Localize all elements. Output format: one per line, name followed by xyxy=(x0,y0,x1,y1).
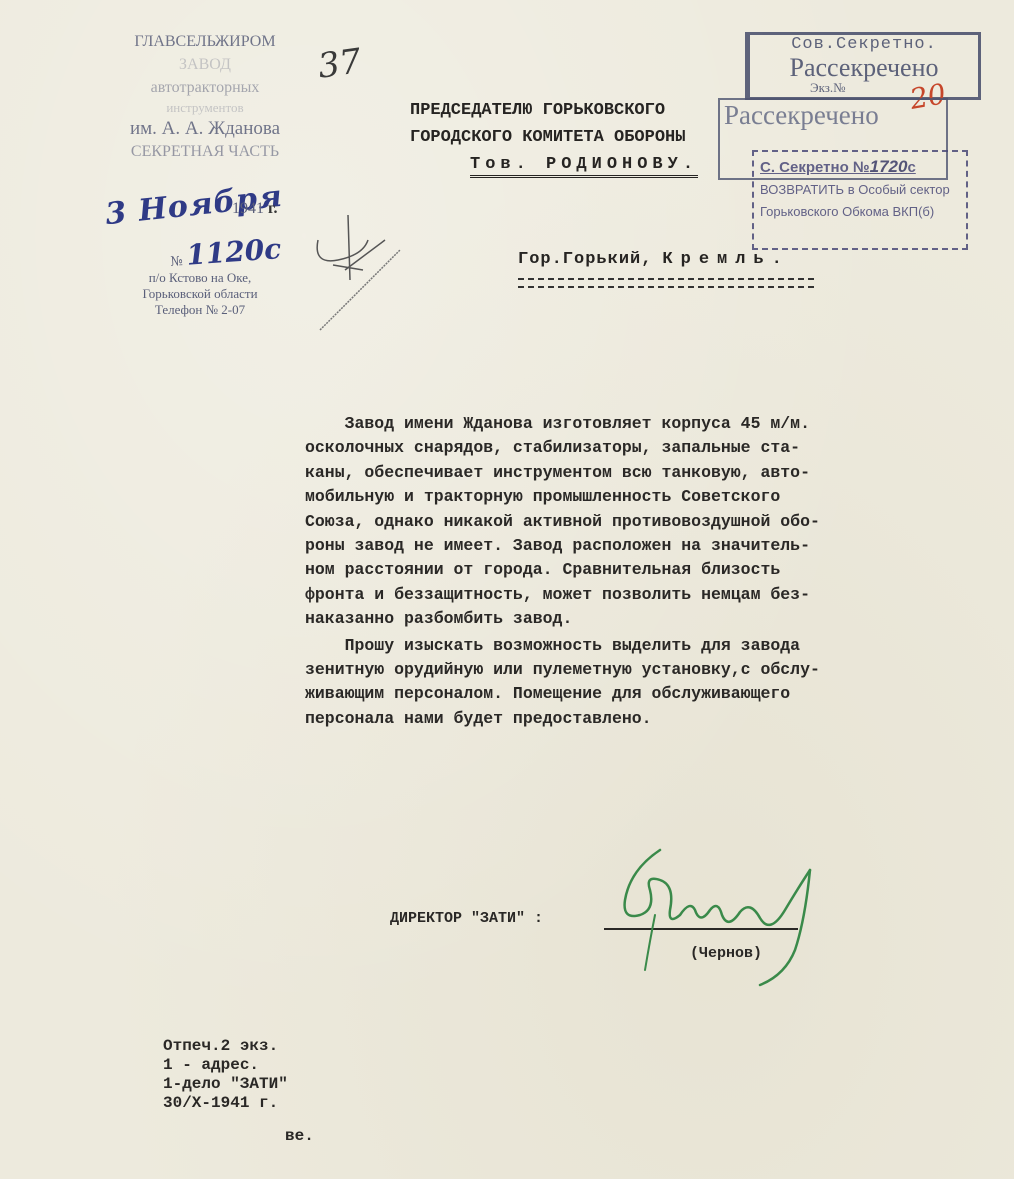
number-value: 1120с xyxy=(185,232,282,272)
double-underline xyxy=(518,278,814,288)
place-name: Кремль. xyxy=(662,250,789,269)
declassified-label: Рассекречено xyxy=(750,55,978,81)
signatory-title: ДИРЕКТОР "ЗАТИ" : xyxy=(390,910,543,927)
document-page: ГЛАВСЕЛЬЖИРОМ ЗАВОД автотракторных инстр… xyxy=(0,0,1014,1179)
addressee-line: ГОРОДСКОГО КОМИТЕТА ОБОРОНЫ xyxy=(410,124,698,151)
body-line: Прошу изыскать возможность выделить для … xyxy=(305,634,945,658)
footer-line: 30/X-1941 г. xyxy=(163,1094,314,1113)
return-stamp-number: 1720 xyxy=(870,157,908,176)
letterhead-line: автотракторных xyxy=(95,76,315,99)
footer-line: 1-дело "ЗАТИ" xyxy=(163,1075,314,1094)
body-line: Союза, однако никакой активной противово… xyxy=(305,510,945,534)
letterhead-line: им. А. А. Жданова xyxy=(95,117,315,140)
addressee-location: Гор.Горький,Кремль. xyxy=(518,250,790,269)
year-suffix: г. xyxy=(268,200,277,217)
body-line: живающим персоналом. Помещение для обслу… xyxy=(305,682,945,706)
letterhead-address: п/о Кстово на Оке, Горьковской области Т… xyxy=(105,270,295,318)
signatory-name: (Чернов) xyxy=(690,945,762,962)
letter-body: Завод имени Жданова изготовляет корпуса … xyxy=(305,412,945,731)
body-line: осколочных снарядов, стабилизаторы, запа… xyxy=(305,436,945,460)
body-line: персонала нами будет предоставлено. xyxy=(305,707,945,731)
body-line: зенитную орудийную или пулеметную устано… xyxy=(305,658,945,682)
body-line: каны, обеспечивает инструментом всю танк… xyxy=(305,461,945,485)
letterhead-stamp: ГЛАВСЕЛЬЖИРОМ ЗАВОД автотракторных инстр… xyxy=(95,30,315,163)
year-value: 1941 xyxy=(232,200,264,217)
return-stamp-secret-label: С. Секретно № xyxy=(760,159,870,176)
declassified-stamp-label: Рассекречено xyxy=(724,100,879,130)
addressee-line: ПРЕДСЕДАТЕЛЮ ГОРЬКОВСКОГО xyxy=(410,97,698,124)
typist-notes: Отпеч.2 экз. 1 - адрес. 1-дело "ЗАТИ" 30… xyxy=(163,1037,314,1146)
city-name: Гор.Горький, xyxy=(518,250,652,269)
printed-year: 1941г. xyxy=(232,200,277,218)
letterhead-line: инструментов xyxy=(95,99,315,117)
handwritten-outgoing-number: №1120с xyxy=(169,232,282,273)
letterhead-line: ЗАВОД xyxy=(95,53,315,76)
pencil-number: 37 xyxy=(315,41,363,87)
address-line: Телефон № 2-07 xyxy=(105,302,295,318)
return-stamp: С. Секретно №1720с ВОЗВРАТИТЬ в Особый с… xyxy=(752,150,968,250)
secrecy-label: Сов.Секретно. xyxy=(750,35,978,55)
addressee-name: Тов. РОДИОНОВУ. xyxy=(470,155,698,178)
return-stamp-number-line: С. Секретно №1720с xyxy=(760,156,960,179)
body-line: фронта и беззащитность, может позволить … xyxy=(305,583,945,607)
handwritten-signature-icon xyxy=(600,840,840,990)
address-line: Горьковской области xyxy=(105,286,295,302)
footer-line: 1 - адрес. xyxy=(163,1056,314,1075)
letterhead-line: ГЛАВСЕЛЬЖИРОМ xyxy=(95,30,315,53)
address-line: п/о Кстово на Оке, xyxy=(105,270,295,286)
body-line: ном расстоянии от города. Сравнительная … xyxy=(305,558,945,582)
footer-line: Отпеч.2 экз. xyxy=(163,1037,314,1056)
secrecy-stamp: Сов.Секретно. Рассекречено Экз.№ xyxy=(745,32,981,100)
addressee-block: ПРЕДСЕДАТЕЛЮ ГОРЬКОВСКОГО ГОРОДСКОГО КОМ… xyxy=(410,97,698,178)
typist-initials: ве. xyxy=(163,1127,314,1146)
pencil-stroke-icon xyxy=(315,230,435,340)
return-stamp-line: Горьковского Обкома ВКП(б) xyxy=(760,201,960,223)
paragraph-1: Завод имени Жданова изготовляет корпуса … xyxy=(305,412,945,632)
return-stamp-suffix: с xyxy=(907,159,915,176)
number-prefix: № xyxy=(170,254,183,270)
body-line: роны завод не имеет. Завод расположен на… xyxy=(305,534,945,558)
body-line: Завод имени Жданова изготовляет корпуса … xyxy=(305,412,945,436)
body-line: наказанно разбомбить завод. xyxy=(305,607,945,631)
paragraph-2: Прошу изыскать возможность выделить для … xyxy=(305,634,945,732)
body-line: мобильную и тракторную промышленность Со… xyxy=(305,485,945,509)
letterhead-line: СЕКРЕТНАЯ ЧАСТЬ xyxy=(95,140,315,163)
return-stamp-line: ВОЗВРАТИТЬ в Особый сектор xyxy=(760,179,960,201)
